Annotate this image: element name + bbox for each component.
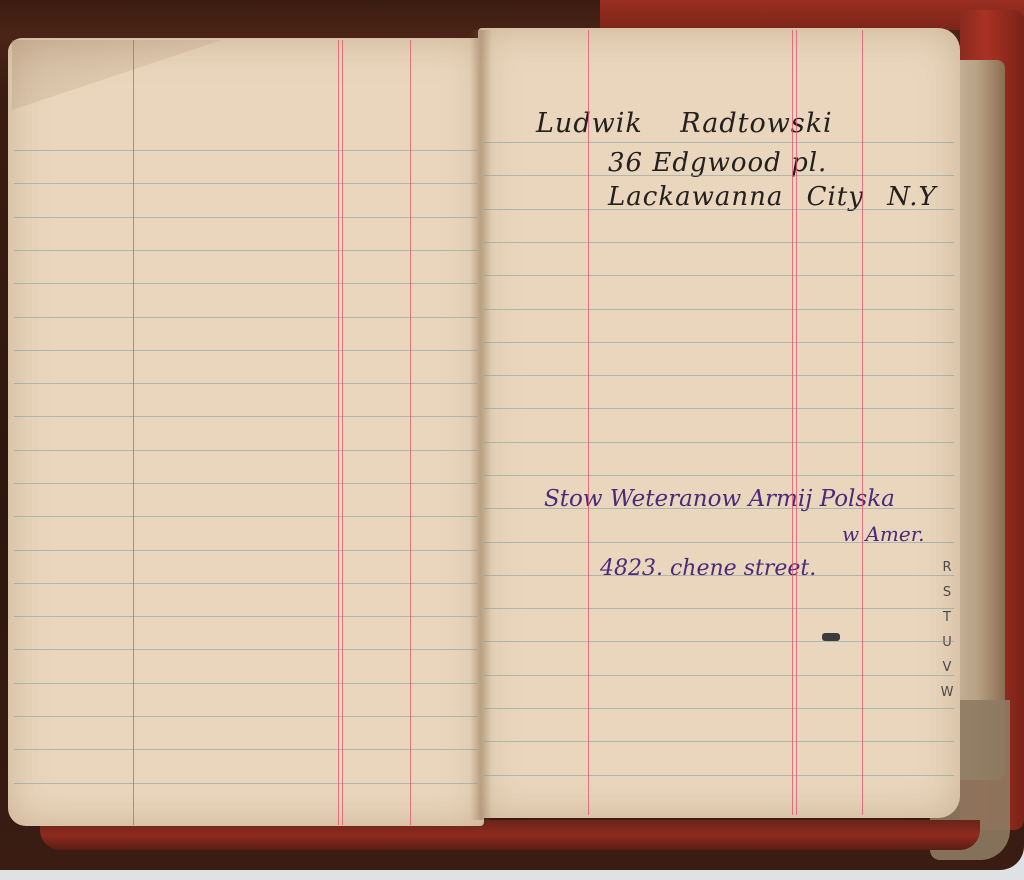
margin-line xyxy=(338,40,339,825)
ruled-line xyxy=(484,641,954,642)
ruled-line xyxy=(14,150,478,151)
index-letter: V xyxy=(943,660,952,675)
ruled-line xyxy=(14,250,478,251)
ruled-line xyxy=(14,516,478,517)
ruled-line xyxy=(14,183,478,184)
ink-speck xyxy=(822,633,840,641)
handwritten-address-line-1: 36 Edgwood pl. xyxy=(608,148,827,178)
handwritten-street-address: 4823. chene street. xyxy=(600,556,816,581)
index-letter: R xyxy=(942,560,951,575)
ruled-line xyxy=(14,483,478,484)
ruled-line xyxy=(14,217,478,218)
ruled-line xyxy=(484,408,954,409)
ruled-line xyxy=(14,383,478,384)
margin-line xyxy=(588,30,589,815)
ruled-line xyxy=(484,275,954,276)
ruled-line xyxy=(14,683,478,684)
ruled-line xyxy=(14,783,478,784)
ruled-line xyxy=(484,309,954,310)
margin-line xyxy=(796,30,797,815)
index-letter: U xyxy=(942,635,952,650)
margin-line xyxy=(410,40,411,825)
ruled-line xyxy=(484,342,954,343)
index-letter: W xyxy=(941,685,954,700)
ruled-line xyxy=(14,350,478,351)
ruled-line xyxy=(14,416,478,417)
ruled-line xyxy=(484,442,954,443)
ruled-line xyxy=(484,242,954,243)
margin-line xyxy=(342,40,343,825)
ruled-line xyxy=(14,450,478,451)
ruled-line xyxy=(484,542,954,543)
index-tab-letters: R S T U V W xyxy=(936,560,958,700)
margin-line xyxy=(792,30,793,815)
ruled-line xyxy=(484,575,954,576)
ruled-line xyxy=(14,583,478,584)
right-page xyxy=(478,28,960,818)
ruled-line xyxy=(484,209,954,210)
page-gutter xyxy=(470,30,492,820)
ruled-line xyxy=(484,675,954,676)
margin-line xyxy=(862,30,863,815)
margin-line xyxy=(133,40,134,825)
ruled-line xyxy=(484,142,954,143)
ruled-line xyxy=(484,475,954,476)
ruled-line xyxy=(14,283,478,284)
ruled-line xyxy=(484,708,954,709)
ruled-line xyxy=(484,775,954,776)
ruled-line xyxy=(484,741,954,742)
left-page xyxy=(8,38,484,826)
index-letter: T xyxy=(943,610,951,625)
ruled-line xyxy=(14,649,478,650)
ruled-line xyxy=(484,175,954,176)
ruled-line xyxy=(484,608,954,609)
handwritten-address-line-2: Lackawanna City N.Y xyxy=(608,182,937,212)
ruled-line xyxy=(14,716,478,717)
index-letter: S xyxy=(943,585,951,600)
ruled-line xyxy=(14,317,478,318)
handwritten-name: Ludwik Radtowski xyxy=(536,108,833,139)
ruled-line xyxy=(14,550,478,551)
ruled-line xyxy=(484,375,954,376)
ruled-line xyxy=(14,616,478,617)
ruled-line xyxy=(484,508,954,509)
ruled-line xyxy=(14,749,478,750)
